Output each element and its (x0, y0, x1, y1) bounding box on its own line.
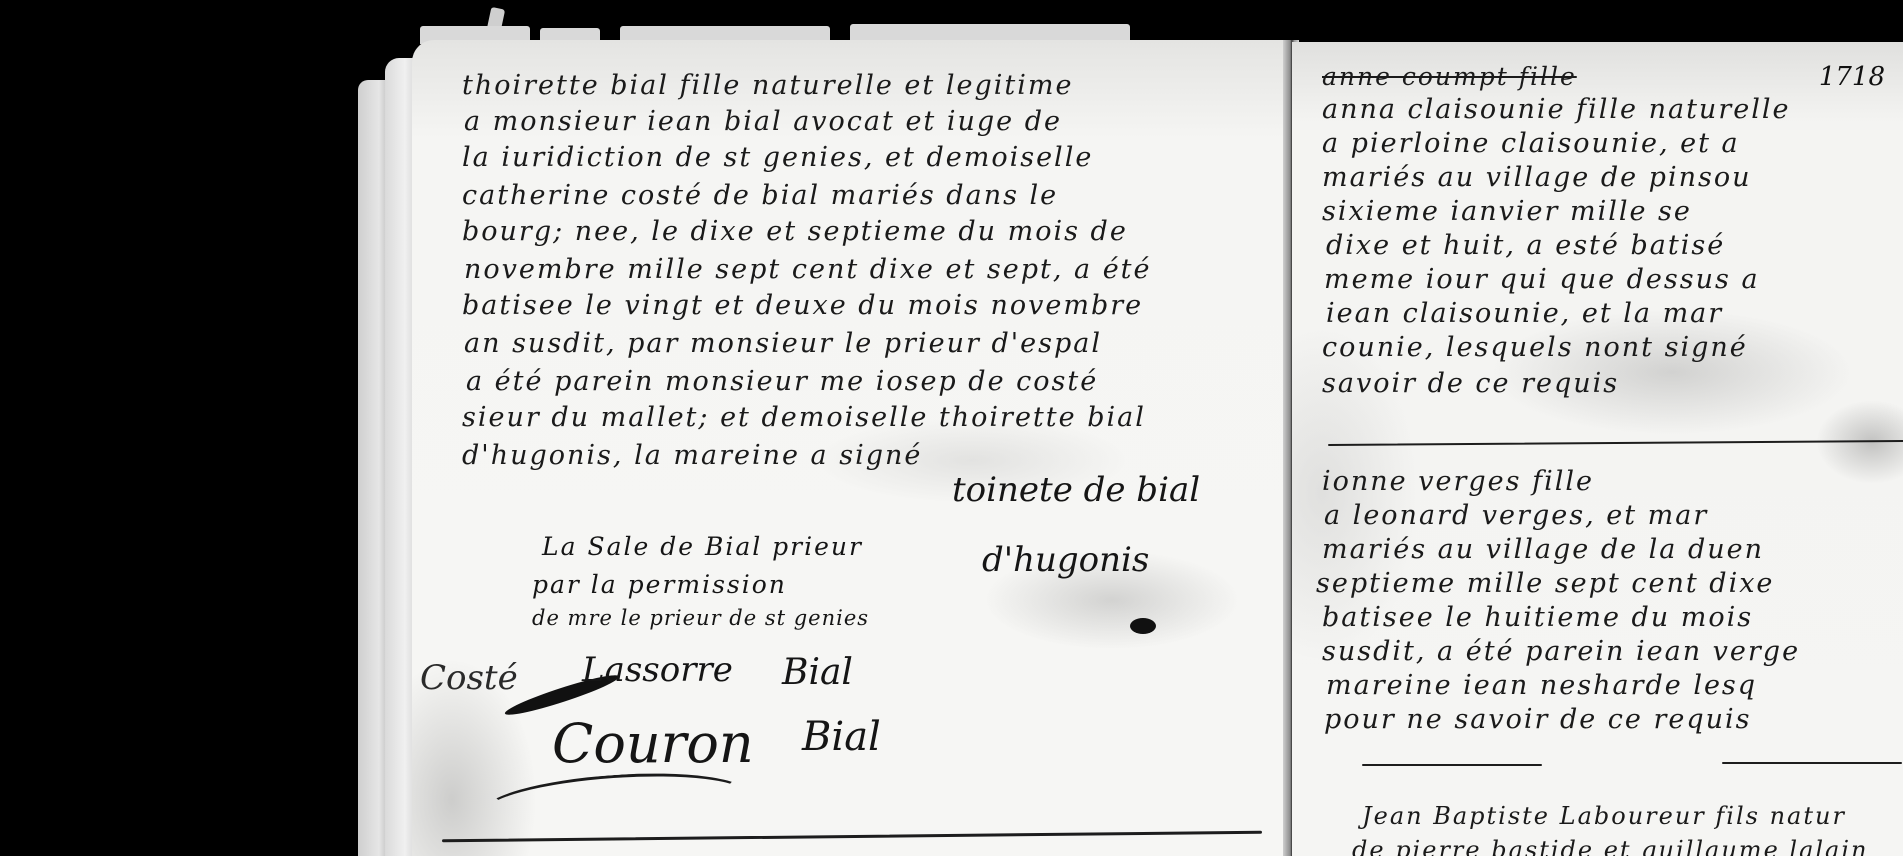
right-page: 1718 anne coumpt fille anna claisounie f… (1292, 42, 1903, 856)
entry-line: septieme mille sept cent dixe (1316, 568, 1774, 599)
entry-separator (442, 831, 1262, 843)
signature-bial: Bial (802, 714, 881, 760)
entry-line: anna claisounie fille naturelle (1322, 94, 1790, 125)
entry-line: savoir de ce requis (1322, 368, 1619, 399)
entry-line: an susdit, par monsieur le prieur d'espa… (464, 328, 1102, 359)
ink-blot (1130, 618, 1156, 634)
struck-line: anne coumpt fille (1322, 62, 1577, 91)
entry-line: mareine iean nesharde lesq (1326, 670, 1757, 701)
entry-line: la iuridiction de st genies, et demoisel… (462, 142, 1093, 173)
entry-line: sixieme ianvier mille se (1322, 196, 1692, 227)
entry-line: novembre mille sept cent dixe et sept, a… (464, 254, 1152, 285)
register-scan: thoirette bial fille naturelle et legiti… (0, 0, 1903, 856)
priest-note-line: de mre le prieur de st genies (532, 606, 869, 630)
entry-line: ionne verges fille (1322, 466, 1594, 497)
entry-line: a monsieur iean bial avocat et iuge de (464, 106, 1062, 137)
entry-line: susdit, a été parein iean verge (1322, 636, 1800, 667)
entry-line: catherine costé de bial mariés dans le (462, 180, 1058, 211)
entry-line: pour ne savoir de ce requis (1324, 704, 1752, 735)
entry-line: mariés au village de pinsou (1322, 162, 1751, 193)
signature-couron: Couron (552, 712, 754, 775)
signature-flourish (480, 766, 749, 840)
signature-hugonis: d'hugonis (982, 540, 1149, 580)
entry-line: de pierre bastide et guillaume lalain (1352, 836, 1869, 856)
entry-line: thoirette bial fille naturelle et legiti… (462, 70, 1073, 101)
signature-coste: Costé (420, 658, 518, 698)
entry-line: iean claisounie, et la mar (1326, 298, 1723, 329)
entry-line: counie, lesquels nont signé (1322, 332, 1748, 363)
signature-bial: Bial (782, 652, 853, 693)
entry-line: bourg; nee, le dixe et septieme du mois … (462, 216, 1128, 247)
entry-separator (1722, 762, 1902, 764)
priest-note-line: La Sale de Bial prieur (542, 532, 863, 561)
entry-line: a pierloine claisounie, et a (1322, 128, 1740, 159)
signature-lassort: Lassorre (582, 650, 733, 690)
entry-line: Jean Baptiste Laboureur fils natur (1362, 802, 1846, 830)
signature-godmother: toinete de bial (952, 470, 1200, 510)
entry-line: a été parein monsieur me iosep de costé (466, 366, 1098, 397)
entry-line: meme iour qui que dessus a (1324, 264, 1760, 295)
entry-separator (1362, 764, 1542, 766)
year-marker: 1718 (1819, 62, 1885, 92)
entry-line: d'hugonis, la mareine a signé (462, 440, 922, 471)
entry-line: batisee le vingt et deuxe du mois novemb… (462, 290, 1143, 321)
entry-line: batisee le huitieme du mois (1322, 602, 1753, 633)
priest-note-line: par la permission (532, 570, 787, 599)
entry-line: dixe et huit, a esté batisé (1326, 230, 1725, 261)
entry-separator (1328, 440, 1903, 446)
entry-line: sieur du mallet; et demoiselle thoirette… (462, 402, 1146, 433)
entry-line: a leonard verges, et mar (1324, 500, 1708, 531)
left-page: thoirette bial fille naturelle et legiti… (412, 40, 1290, 856)
entry-line: mariés au village de la duen (1322, 534, 1764, 565)
